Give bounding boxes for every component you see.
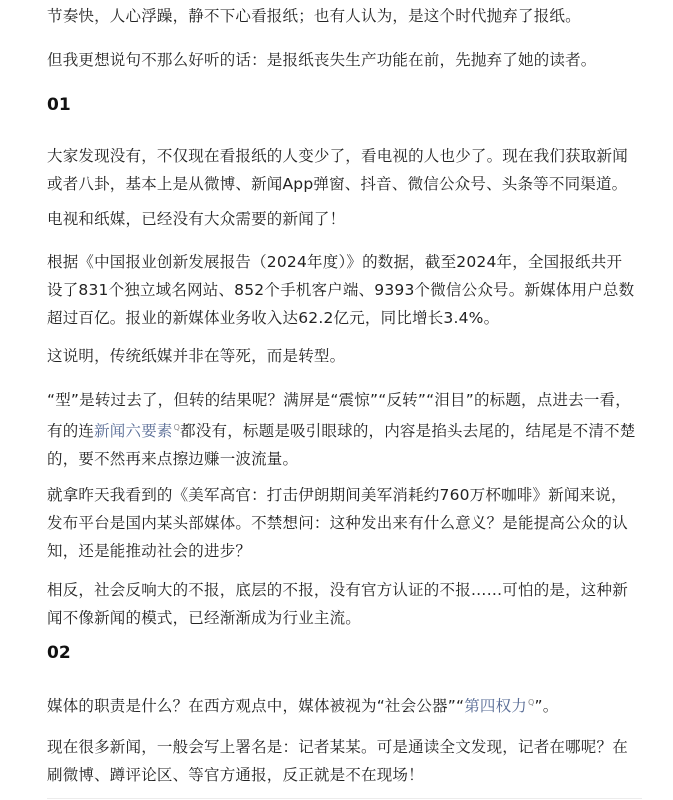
paragraph-with-link: 媒体的职责是什么？在西方观点中，媒体被视为“社会公器”“第四权力Q”。 — [47, 689, 637, 720]
paragraph: 电视和纸媒，已经没有大众需要的新闻了！ — [47, 205, 637, 233]
link-fourth-estate[interactable]: 第四权力 — [464, 697, 527, 715]
paragraph: 相反，社会反响大的不报，底层的不报，没有官方认证的不报……可怕的是，这种新闻不像… — [47, 576, 637, 632]
paragraph: 根据《中国报业创新发展报告（2024年度）》的数据，截至2024年，全国报纸共开… — [47, 248, 637, 332]
link-news-six-elements[interactable]: 新闻六要素 — [94, 422, 173, 440]
paragraph: 这说明，传统纸媒并非在等死，而是转型。 — [47, 342, 637, 370]
section-heading-01: 01 — [47, 93, 71, 117]
paragraph: 就拿昨天我看到的《美军高官：打击伊朗期间美军消耗约760万杯咖啡》新闻来说，发布… — [47, 481, 637, 565]
text: ”。 — [535, 697, 559, 715]
paragraph: 大家发现没有，不仅现在看报纸的人变少了，看电视的人也少了。现在我们获取新闻或者八… — [47, 142, 637, 198]
paragraph-with-link: “型”是转过去了，但转的结果呢？满屏是“震惊”“反转”“泪目”的标题，点进去一看… — [47, 386, 637, 473]
section-heading-02: 02 — [47, 641, 71, 665]
text: 媒体的职责是什么？在西方观点中，媒体被视为“社会公器”“ — [47, 697, 464, 715]
paragraph: 节奏快，人心浮躁，静不下心看报纸；也有人认为，是这个时代抛弃了报纸。 — [47, 2, 637, 30]
paragraph: 现在很多新闻，一般会写上署名是：记者某某。可是通读全文发现，记者在哪呢？在刷微博… — [47, 733, 637, 789]
paragraph: 但我更想说句不那么好听的话：是报纸丧失生产功能在前，先抛弃了她的读者。 — [47, 46, 637, 74]
divider — [47, 798, 642, 799]
